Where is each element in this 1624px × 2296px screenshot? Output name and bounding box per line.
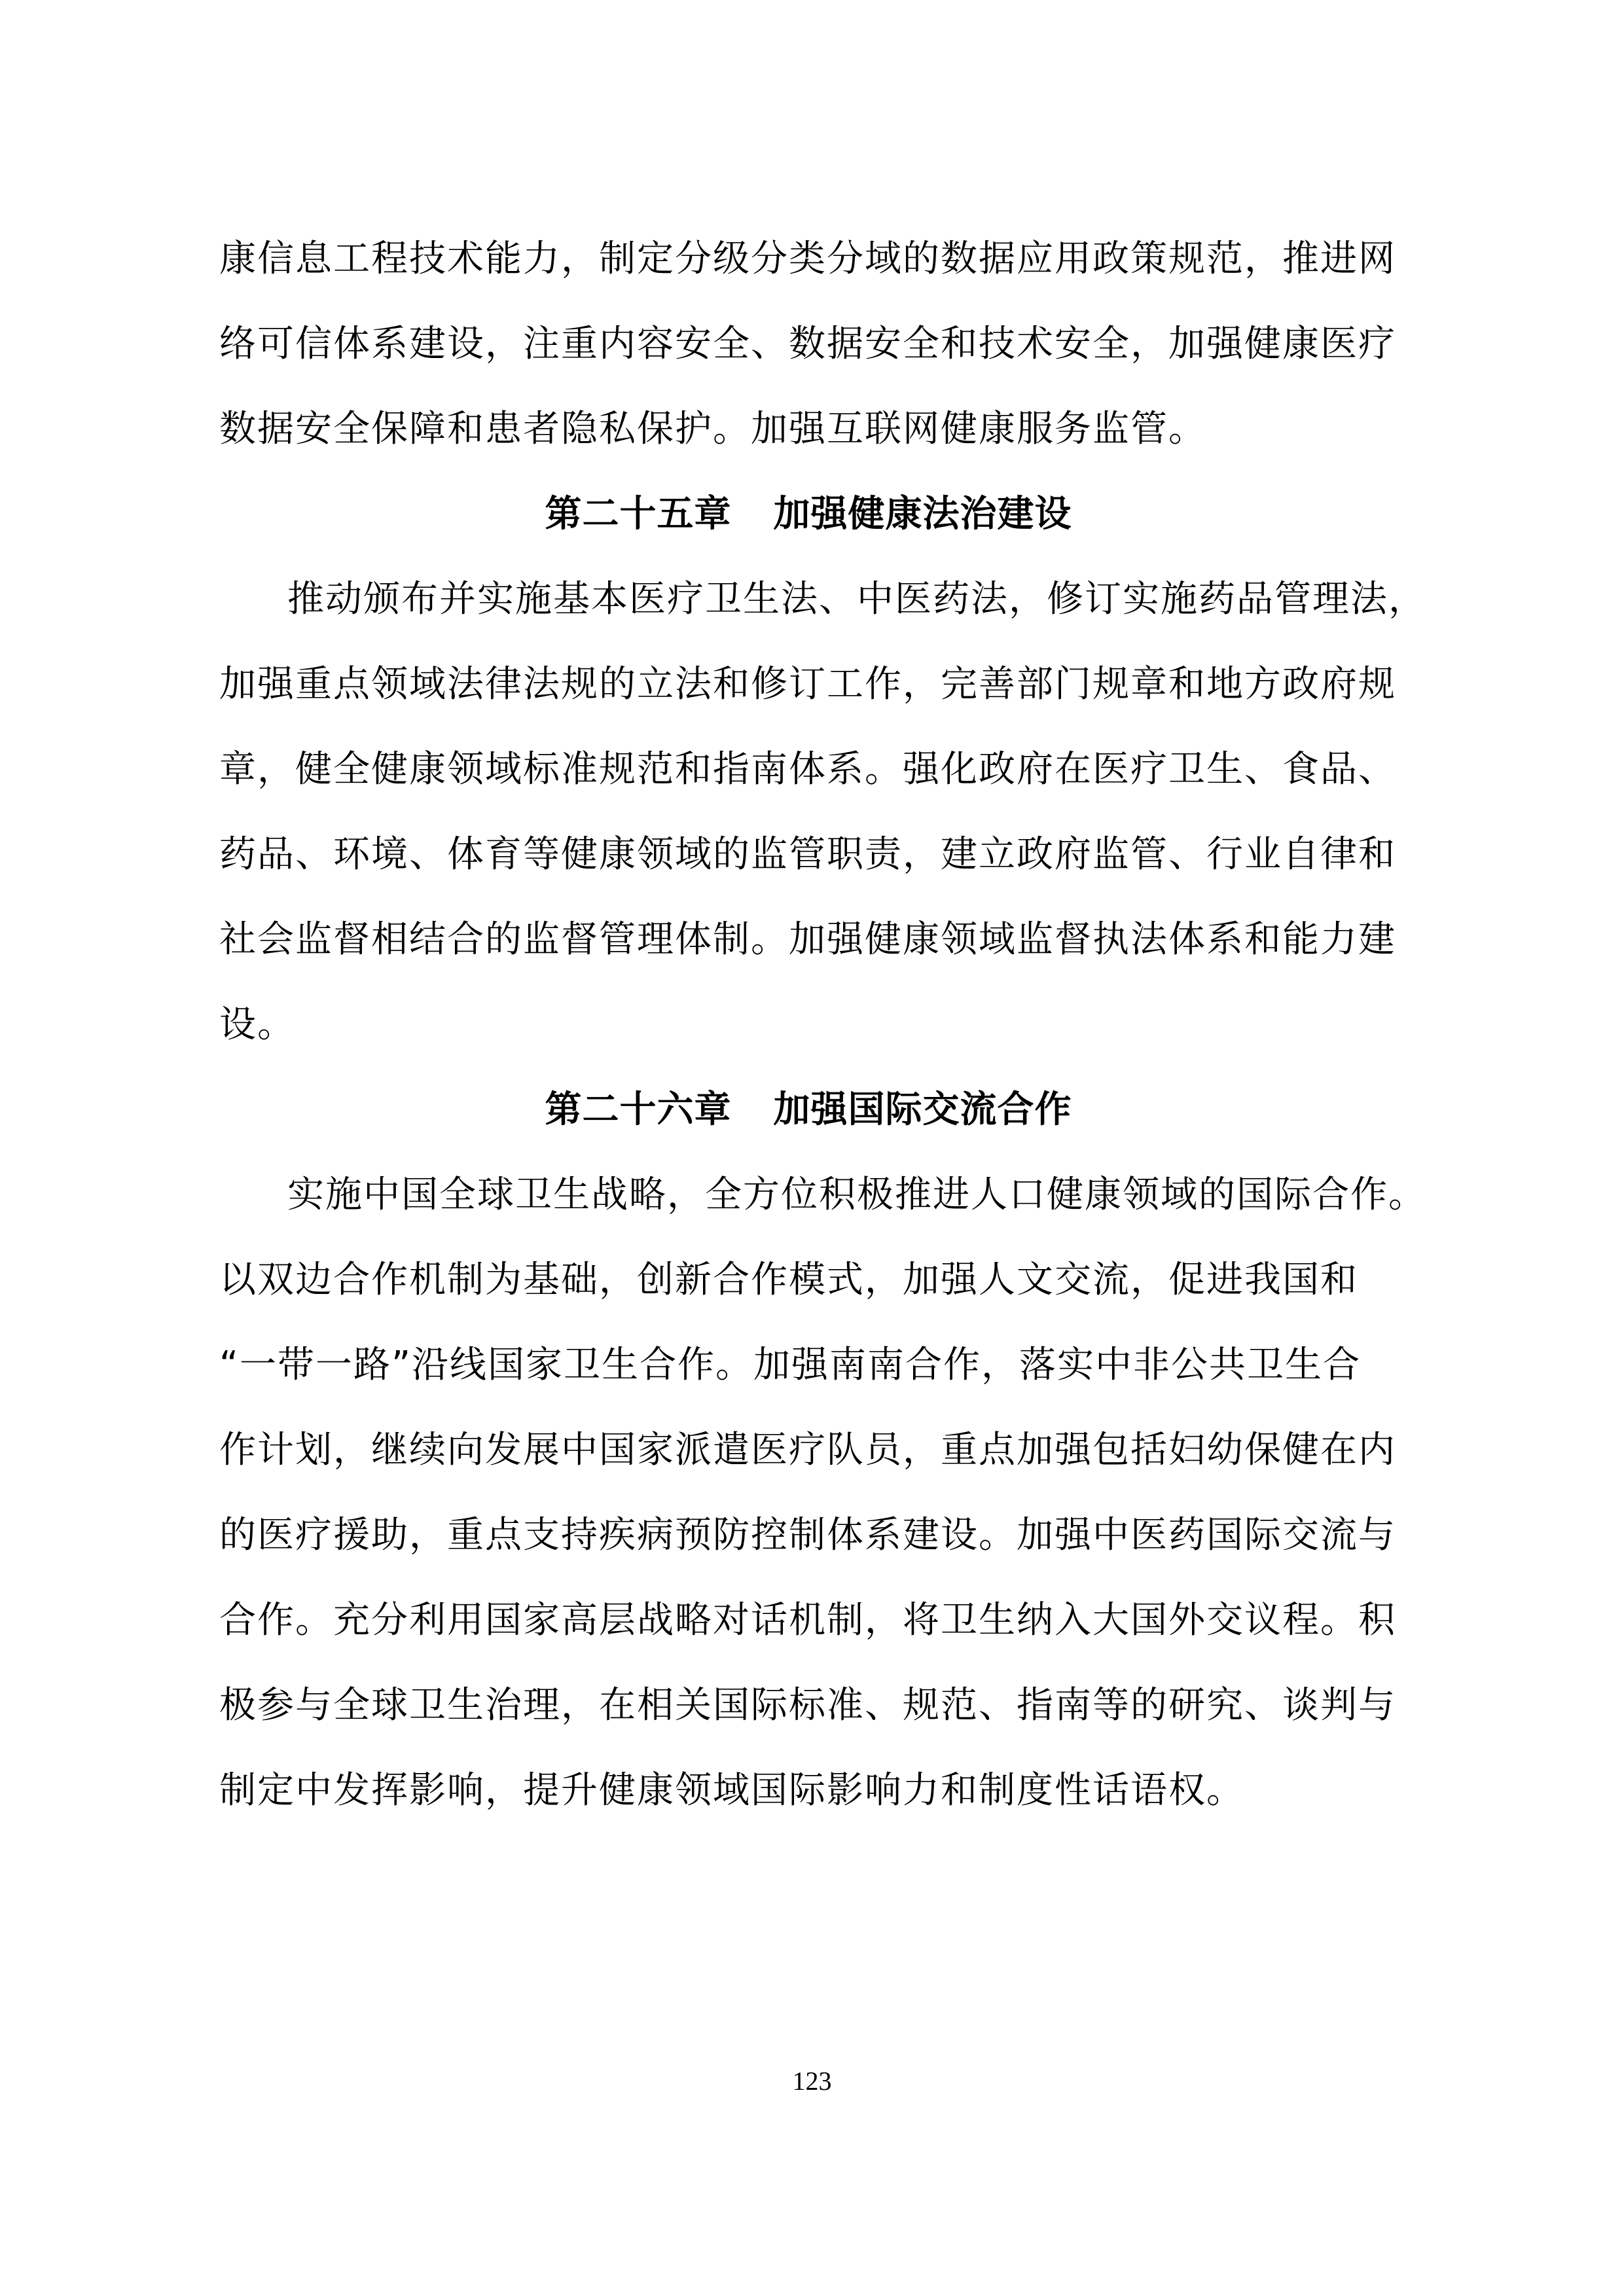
paragraph-line: “一带一路”沿线国家卫生合作。加强南南合作，落实中非公共卫生合	[219, 1323, 1398, 1408]
paragraph-line: 极参与全球卫生治理，在相关国际标准、规范、指南等的研究、谈判与	[219, 1663, 1398, 1748]
chapter-heading-25: 第二十五章加强健康法治建设	[219, 472, 1398, 557]
paragraph-line: 章，健全健康领域标准规范和指南体系。强化政府在医疗卫生、食品、	[219, 727, 1398, 812]
paragraph-line: 康信息工程技术能力，制定分级分类分域的数据应用政策规范，推进网	[219, 217, 1398, 302]
paragraph-line: 加强重点领域法律法规的立法和修订工作，完善部门规章和地方政府规	[219, 642, 1398, 727]
paragraph-line: 社会监督相结合的监督管理体制。加强健康领域监督执法体系和能力建	[219, 897, 1398, 982]
chapter-heading-26: 第二十六章加强国际交流合作	[219, 1067, 1398, 1153]
paragraph-line: 合作。充分利用国家高层战略对话机制，将卫生纳入大国外交议程。积	[219, 1578, 1398, 1663]
paragraph-line: 药品、环境、体育等健康领域的监管职责，建立政府监管、行业自律和	[219, 812, 1398, 897]
paragraph-line: 实施中国全球卫生战略，全方位积极推进人口健康领域的国际合作。	[219, 1153, 1398, 1238]
paragraph-line: 作计划，继续向发展中国家派遣医疗队员，重点加强包括妇幼保健在内	[219, 1408, 1398, 1493]
chapter-title: 加强健康法治建设	[774, 493, 1072, 535]
document-page: 康信息工程技术能力，制定分级分类分域的数据应用政策规范，推进网 络可信体系建设，…	[0, 0, 1624, 2296]
paragraph-line: 络可信体系建设，注重内容安全、数据安全和技术安全，加强健康医疗	[219, 302, 1398, 387]
chapter-number: 第二十五章	[545, 493, 732, 535]
chapter-number: 第二十六章	[545, 1088, 732, 1131]
page-number: 123	[0, 2062, 1624, 2101]
paragraph-line: 设。	[219, 982, 1398, 1067]
paragraph-line: 数据安全保障和患者隐私保护。加强互联网健康服务监管。	[219, 387, 1398, 472]
paragraph-line: 推动颁布并实施基本医疗卫生法、中医药法，修订实施药品管理法，	[219, 557, 1398, 642]
paragraph-line: 制定中发挥影响，提升健康领域国际影响力和制度性话语权。	[219, 1748, 1398, 1833]
paragraph-line: 的医疗援助，重点支持疾病预防控制体系建设。加强中医药国际交流与	[219, 1493, 1398, 1578]
chapter-title: 加强国际交流合作	[774, 1088, 1072, 1131]
body-text: 康信息工程技术能力，制定分级分类分域的数据应用政策规范，推进网 络可信体系建设，…	[219, 217, 1398, 1833]
paragraph-line: 以双边合作机制为基础，创新合作模式，加强人文交流，促进我国和	[219, 1238, 1398, 1323]
